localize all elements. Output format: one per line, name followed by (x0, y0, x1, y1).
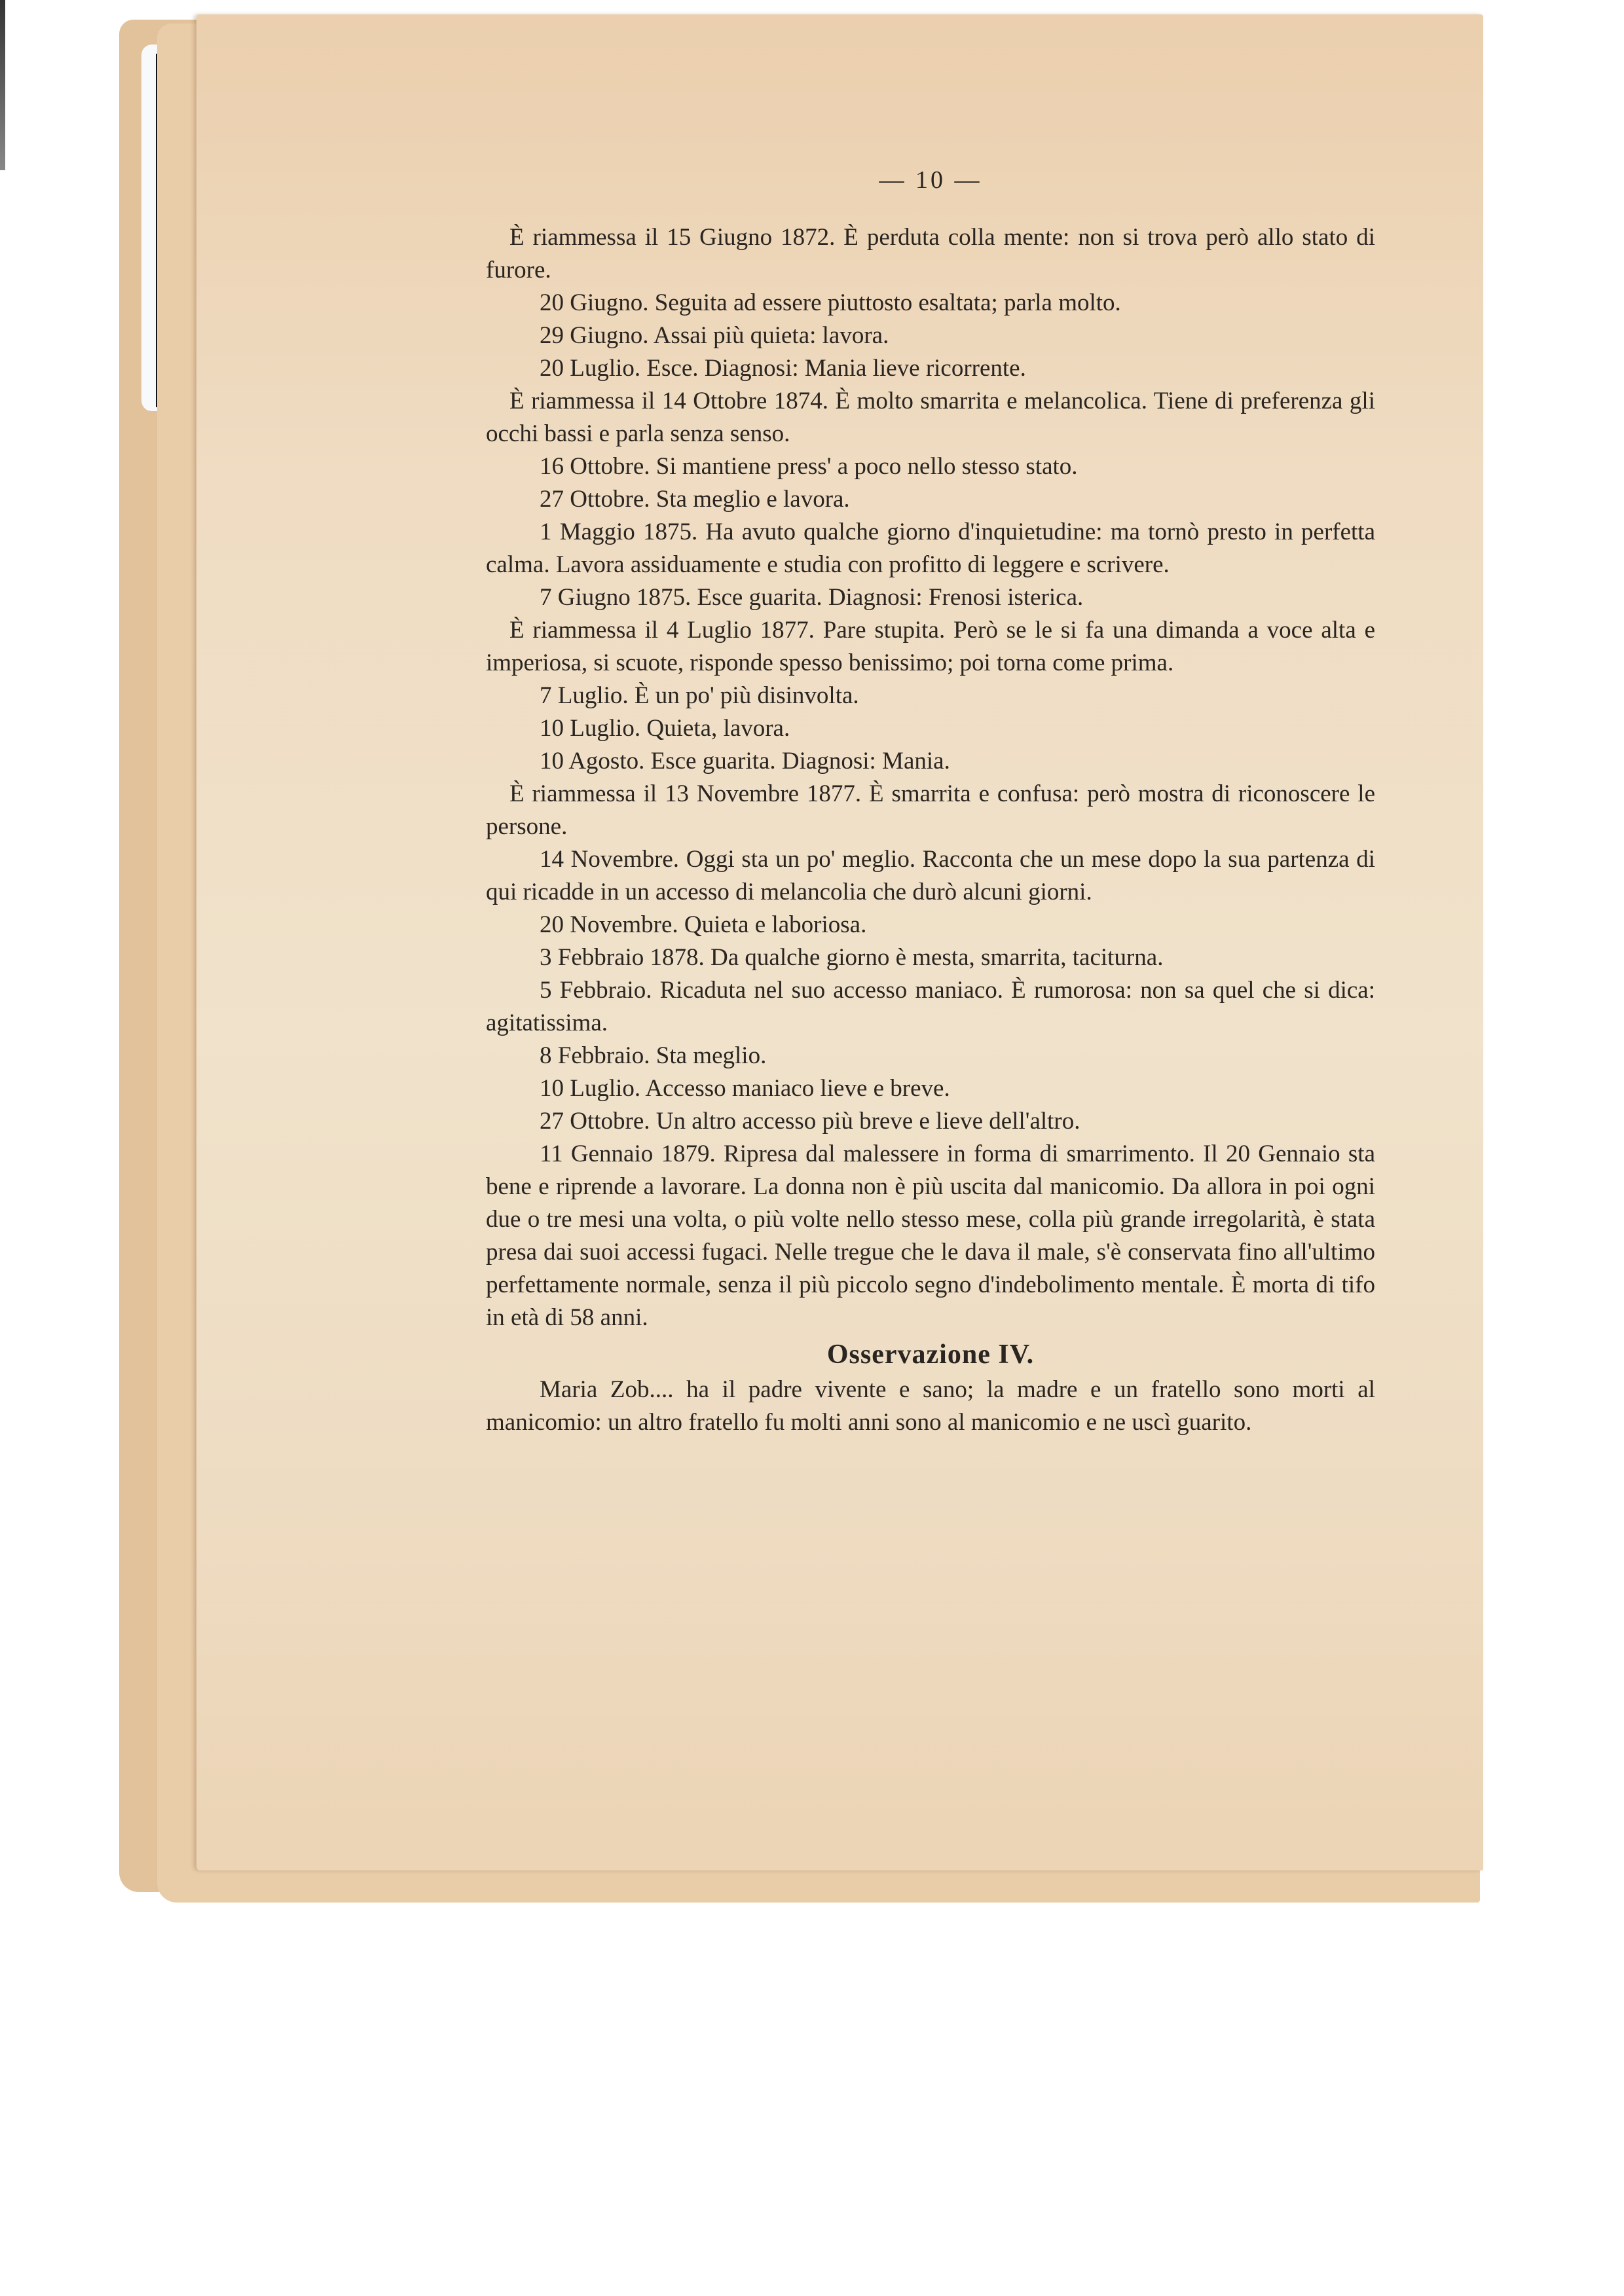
diary-entry-paragraph: 5 Febbraio. Ricaduta nel suo accesso man… (486, 974, 1375, 1040)
diary-entry-paragraph: 10 Luglio. Quieta, lavora. (486, 712, 1375, 745)
diary-entry-paragraph: 29 Giugno. Assai più quieta: lavora. (486, 319, 1375, 352)
section-paragraph-list: Maria Zob.... ha il padre vivente e sano… (486, 1374, 1375, 1439)
diary-entry-paragraph: 20 Giugno. Seguita ad essere piuttosto e… (486, 287, 1375, 319)
diary-entry-paragraph: 8 Febbraio. Sta meglio. (486, 1040, 1375, 1072)
diary-entry-paragraph: 20 Luglio. Esce. Diagnosi: Mania lieve r… (486, 352, 1375, 385)
page-number: — 10 — (486, 164, 1375, 196)
paragraph-list: È riammessa il 15 Giugno 1872. È perduta… (486, 221, 1375, 1334)
diary-entry-paragraph: 14 Novembre. Oggi sta un po' meglio. Rac… (486, 843, 1375, 909)
diary-entry-paragraph: Maria Zob.... ha il padre vivente e sano… (486, 1374, 1375, 1439)
page-text-block: — 10 — È riammessa il 15 Giugno 1872. È … (486, 164, 1375, 1439)
diary-entry-paragraph: 20 Novembre. Quieta e laboriosa. (486, 909, 1375, 941)
diary-entry-paragraph: 27 Ottobre. Un altro accesso più breve e… (486, 1105, 1375, 1138)
diary-entry-paragraph: 16 Ottobre. Si mantiene press' a poco ne… (486, 450, 1375, 483)
diary-entry-paragraph: 7 Luglio. È un po' più disinvolta. (486, 680, 1375, 712)
diary-entry-paragraph: 27 Ottobre. Sta meglio e lavora. (486, 483, 1375, 516)
section-heading: Osservazione IV. (486, 1338, 1375, 1371)
readmission-paragraph: È riammessa il 14 Ottobre 1874. È molto … (486, 385, 1375, 450)
diary-entry-paragraph: 1 Maggio 1875. Ha avuto qualche giorno d… (486, 516, 1375, 581)
diary-entry-paragraph: 10 Luglio. Accesso maniaco lieve e breve… (486, 1072, 1375, 1105)
readmission-paragraph: È riammessa il 4 Luglio 1877. Pare stupi… (486, 614, 1375, 680)
readmission-paragraph: È riammessa il 13 Novembre 1877. È smarr… (486, 778, 1375, 843)
scanner-edge (0, 0, 5, 170)
diary-entry-paragraph: 3 Febbraio 1878. Da qualche giorno è mes… (486, 941, 1375, 974)
readmission-paragraph: È riammessa il 15 Giugno 1872. È perduta… (486, 221, 1375, 287)
diary-entry-paragraph: 10 Agosto. Esce guarita. Diagnosi: Mania… (486, 745, 1375, 778)
diary-entry-paragraph: 7 Giugno 1875. Esce guarita. Diagnosi: F… (486, 581, 1375, 614)
diary-entry-paragraph: 11 Gennaio 1879. Ripresa dal malessere i… (486, 1138, 1375, 1334)
